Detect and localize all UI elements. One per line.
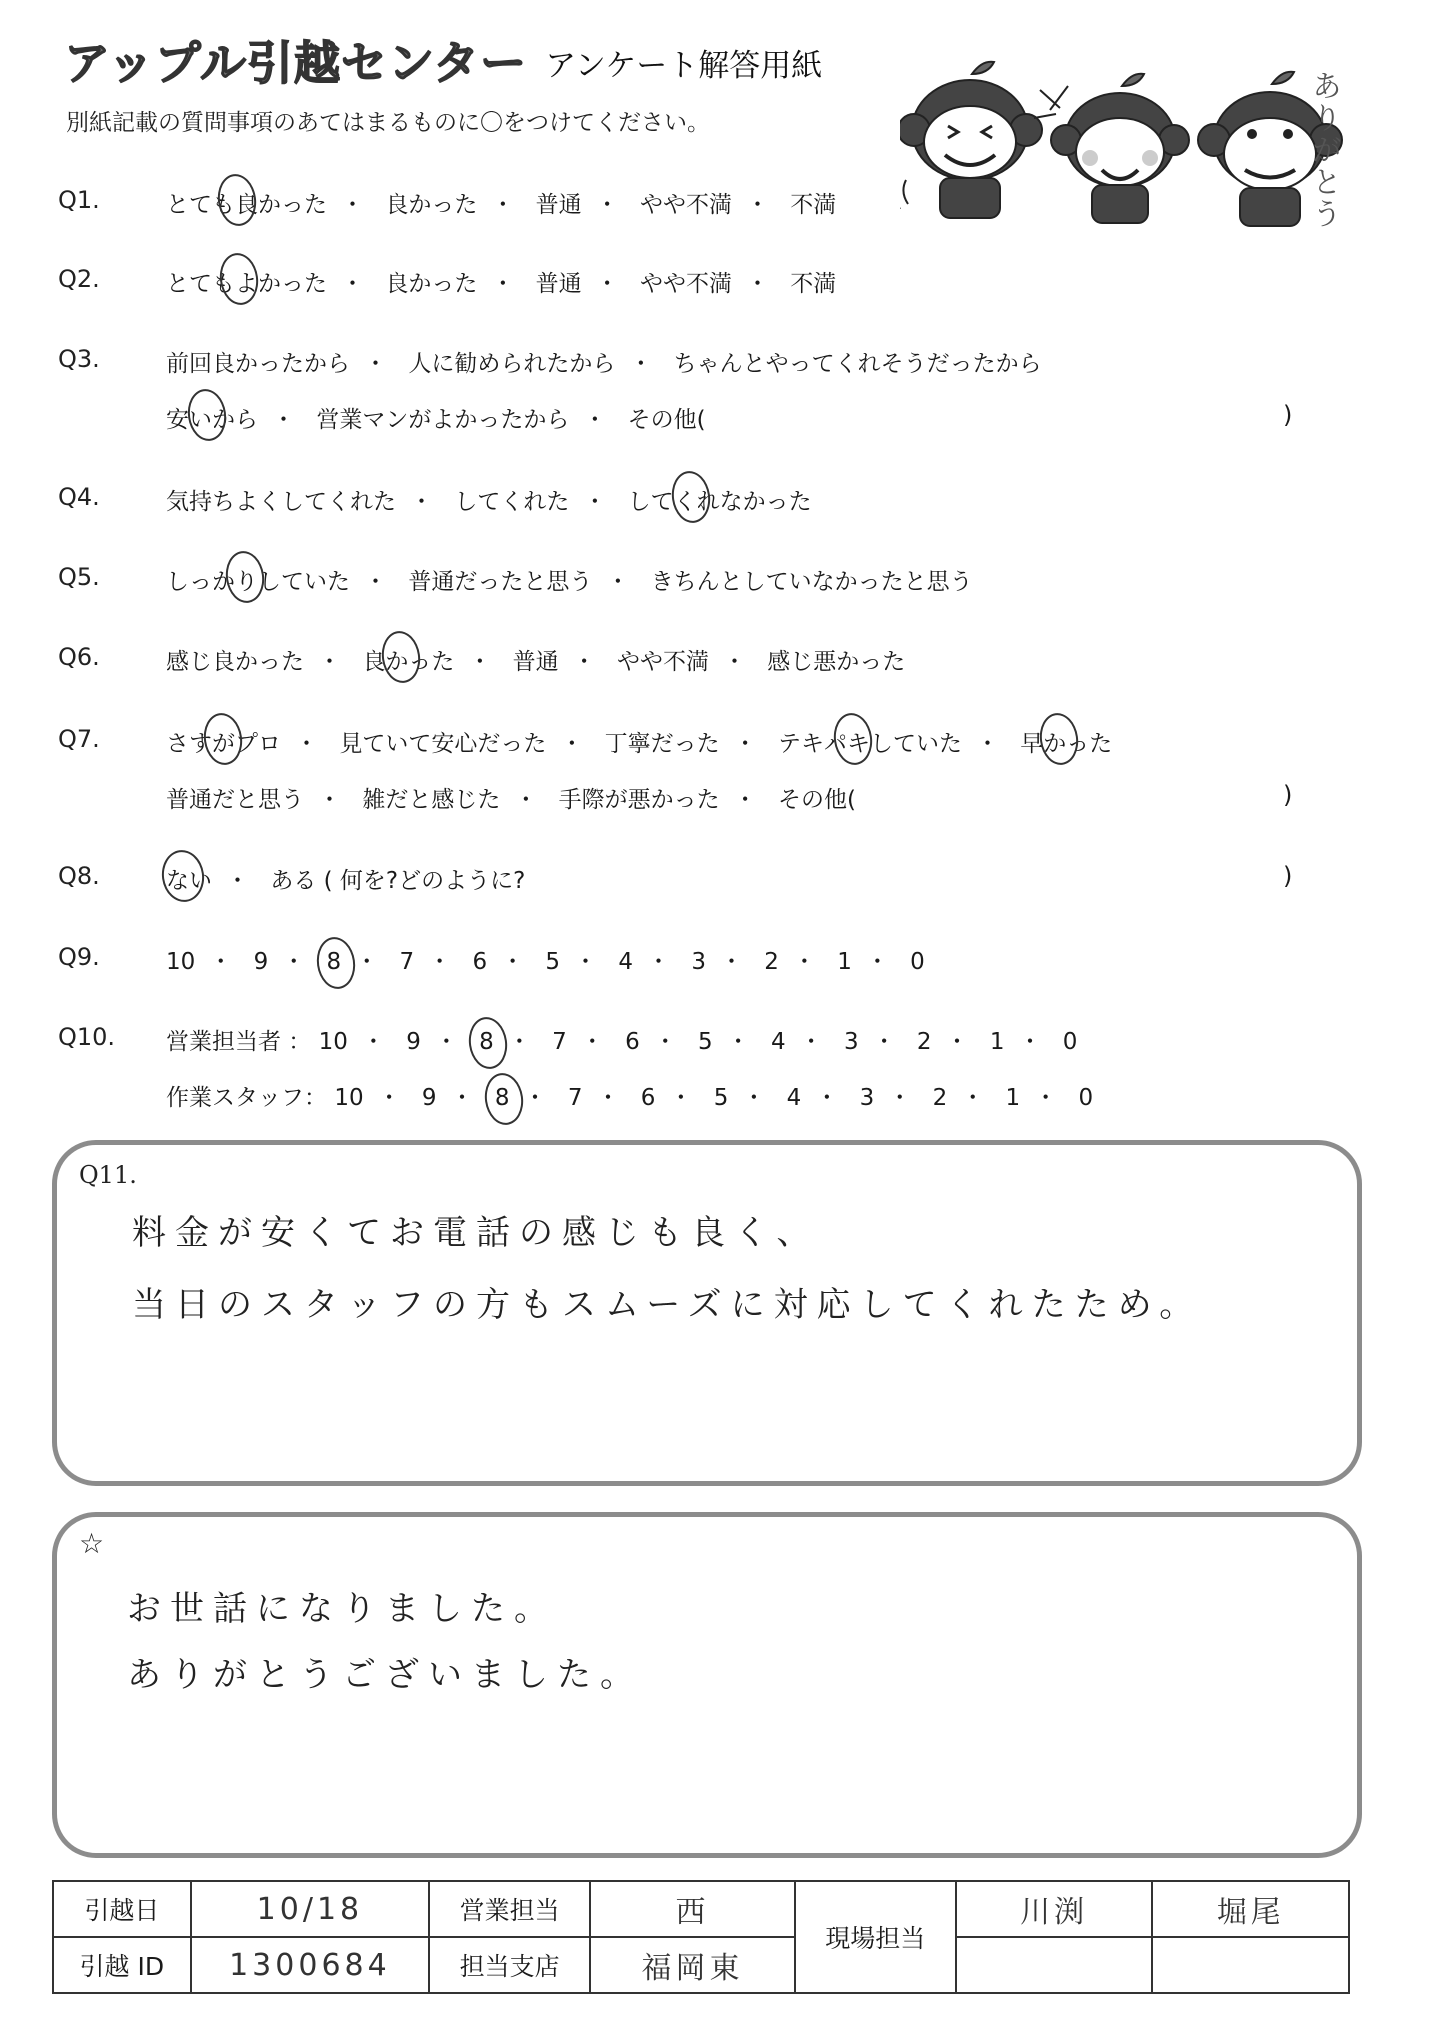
score-scale: 10・ 9・ 8・ 7・ 6・ 5・ 4・ 3・ 2・ 1・ 0 [166, 943, 925, 976]
score-4[interactable]: 4 [787, 1085, 802, 1111]
option-good[interactable]: 良かった [362, 643, 454, 676]
score-5[interactable]: 5 [545, 949, 560, 975]
work-staff-label: 作業スタッフ： [166, 1085, 327, 1111]
score-9[interactable]: 9 [406, 1029, 421, 1055]
move-date-value[interactable]: 10/18 [191, 1881, 429, 1937]
option-unsatisfied[interactable]: 不満 [790, 186, 836, 219]
option-did-not[interactable]: してくれなかった [628, 483, 812, 516]
score-10[interactable]: 10 [319, 1029, 348, 1055]
score-0[interactable]: 0 [1063, 1029, 1078, 1055]
site-staff-label: 現場担当 [795, 1881, 956, 1993]
option-very-pleasant[interactable]: 感じ良かった [166, 643, 304, 676]
score-8[interactable]: 8 [479, 1029, 494, 1055]
score-3[interactable]: 3 [860, 1085, 875, 1111]
option-not-proper[interactable]: きちんとしていなかったと思う [651, 563, 973, 596]
score-8[interactable]: 8 [495, 1085, 510, 1111]
score-10[interactable]: 10 [334, 1085, 363, 1111]
monkey-mascot-blushing-icon [1034, 74, 1189, 223]
q11-answer-line-1: 料金が安くてお電話の感じも良く、 [132, 1205, 819, 1254]
question-label: Q5. [58, 563, 158, 591]
score-7[interactable]: 7 [552, 1029, 567, 1055]
site-staff-3[interactable] [956, 1937, 1153, 1993]
option-none[interactable]: ない [166, 862, 212, 895]
star-icon: ☆ [79, 1527, 104, 1560]
option-very-good[interactable]: とても良かった [166, 186, 327, 219]
score-1[interactable]: 1 [990, 1029, 1005, 1055]
option-very-good[interactable]: とてもよかった [166, 265, 327, 298]
score-1[interactable]: 1 [837, 949, 852, 975]
comment-line-1: お世話になりました。 [127, 1581, 557, 1630]
sales-rep-value[interactable]: 西 [590, 1881, 794, 1937]
score-2[interactable]: 2 [933, 1085, 948, 1111]
q11-answer-box[interactable]: Q11. 料金が安くてお電話の感じも良く、 当日のスタッフの方もスムーズに対応し… [52, 1140, 1362, 1486]
score-5[interactable]: 5 [714, 1085, 729, 1111]
option-recommended[interactable]: 人に勧められたから [408, 345, 615, 378]
option-other[interactable]: その他( [628, 401, 706, 434]
site-staff-2[interactable]: 堀尾 [1152, 1881, 1349, 1937]
document-title: アンケート解答用紙 [545, 51, 822, 86]
move-id-value[interactable]: 1300684 [191, 1937, 429, 1993]
move-info-table: 引越日 10/18 営業担当 西 現場担当 川渕 堀尾 引越 ID 130068… [52, 1880, 1350, 1994]
score-7[interactable]: 7 [568, 1085, 583, 1111]
option-normal[interactable]: 普通 [536, 186, 582, 219]
move-date-label: 引越日 [53, 1881, 191, 1937]
option-seemed-reliable[interactable]: ちゃんとやってくれそうだったから [674, 345, 1042, 378]
option-normal[interactable]: 普通 [536, 265, 582, 298]
move-id-label: 引越 ID [53, 1937, 191, 1993]
option-did[interactable]: してくれた [454, 483, 569, 516]
sales-rep-label: 営業担当 [429, 1881, 590, 1937]
score-5[interactable]: 5 [698, 1029, 713, 1055]
other-close-paren: ) [1283, 862, 1292, 890]
score-4[interactable]: 4 [618, 949, 633, 975]
q11-label: Q11. [79, 1161, 137, 1189]
monkey-mascot-winking-icon [900, 62, 1042, 218]
option-normal[interactable]: 普通 [513, 643, 559, 676]
header: アップル引越センター アンケート解答用紙 [64, 40, 822, 86]
score-9[interactable]: 9 [422, 1085, 437, 1111]
comments-box[interactable]: ☆ お世話になりました。 ありがとうございました。 [52, 1512, 1362, 1858]
score-8[interactable]: 8 [327, 949, 342, 975]
score-6[interactable]: 6 [472, 949, 487, 975]
score-3[interactable]: 3 [844, 1029, 859, 1055]
question-label: Q3. [58, 345, 158, 373]
score-0[interactable]: 0 [910, 949, 925, 975]
question-label: Q9. [58, 943, 158, 971]
option-good[interactable]: 良かった [385, 186, 477, 219]
question-label: Q1. [58, 186, 158, 214]
option-some[interactable]: ある ( 何を?どのように? [270, 862, 525, 895]
question-label: Q10. [58, 1023, 158, 1051]
thanks-text: ありがとう [1305, 70, 1345, 230]
score-3[interactable]: 3 [691, 949, 706, 975]
site-staff-1[interactable]: 川渕 [956, 1881, 1153, 1937]
score-10[interactable]: 10 [166, 949, 195, 975]
branch-value[interactable]: 福岡東 [590, 1937, 794, 1993]
option-polite[interactable]: 丁寧だった [605, 725, 720, 758]
score-6[interactable]: 6 [641, 1085, 656, 1111]
option-slightly-unsatisfied[interactable]: やや不満 [640, 265, 732, 298]
other-close-paren: ) [1283, 401, 1292, 429]
option-slightly-unsatisfied[interactable]: やや不満 [640, 186, 732, 219]
question-label: Q6. [58, 643, 158, 671]
option-good-last-time[interactable]: 前回良かったから [166, 345, 350, 378]
option-solid[interactable]: しっかりしていた [166, 563, 350, 596]
score-1[interactable]: 1 [1006, 1085, 1021, 1111]
score-7[interactable]: 7 [400, 949, 415, 975]
question-label: Q7. [58, 725, 158, 753]
staff-score-scale: 作業スタッフ： 10・ 9・ 8・ 7・ 6・ 5・ 4・ 3・ 2・ 1・ 0 [166, 1079, 1093, 1112]
site-staff-4[interactable] [1152, 1937, 1349, 1993]
question-label: Q2. [58, 265, 158, 293]
q11-answer-line-2: 当日のスタッフの方もスムーズに対応してくれたため。 [132, 1277, 1202, 1326]
option-good-salesperson[interactable]: 営業マンがよかったから [316, 401, 569, 434]
instruction-text: 別紙記載の質問事項のあてはまるものに〇をつけてください。 [66, 104, 710, 137]
option-fast[interactable]: 早かった [1020, 725, 1112, 758]
question-label: Q4. [58, 483, 158, 511]
score-6[interactable]: 6 [625, 1029, 640, 1055]
option-normal[interactable]: 普通だと思う [166, 781, 304, 814]
sales-rep-label: 営業担当者 ： [166, 1029, 311, 1055]
option-pleasant[interactable]: 気持ちよくしてくれた [166, 483, 396, 516]
score-0[interactable]: 0 [1078, 1085, 1093, 1111]
brand-name: アップル引越センター [64, 40, 527, 86]
option-reassuring[interactable]: 見ていて安心だった [339, 725, 546, 758]
score-4[interactable]: 4 [771, 1029, 786, 1055]
score-2[interactable]: 2 [917, 1029, 932, 1055]
question-label: Q8. [58, 862, 158, 890]
branch-label: 担当支店 [429, 1937, 590, 1993]
option-clumsy[interactable]: 手際が悪かった [559, 781, 720, 814]
option-unpleasant[interactable]: 感じ悪かった [767, 643, 905, 676]
option-cheap[interactable]: 安いから [166, 401, 258, 434]
option-professional[interactable]: さすがプロ [166, 725, 281, 758]
score-2[interactable]: 2 [764, 949, 779, 975]
option-sloppy[interactable]: 雑だと感じた [362, 781, 500, 814]
option-other[interactable]: その他( [778, 781, 856, 814]
other-close-paren: ) [1283, 781, 1292, 809]
option-efficient[interactable]: テキパキしていた [778, 725, 962, 758]
comment-line-2: ありがとうございました。 [127, 1647, 643, 1696]
option-good[interactable]: 良かった [385, 265, 477, 298]
monkey-mascots-illustration [900, 60, 1350, 230]
sales-score-scale: 営業担当者 ： 10・ 9・ 8・ 7・ 6・ 5・ 4・ 3・ 2・ 1・ 0 [166, 1023, 1077, 1056]
option-slightly-unsatisfied[interactable]: やや不満 [617, 643, 709, 676]
score-9[interactable]: 9 [254, 949, 269, 975]
option-normal[interactable]: 普通だったと思う [408, 563, 592, 596]
option-unsatisfied[interactable]: 不満 [790, 265, 836, 298]
